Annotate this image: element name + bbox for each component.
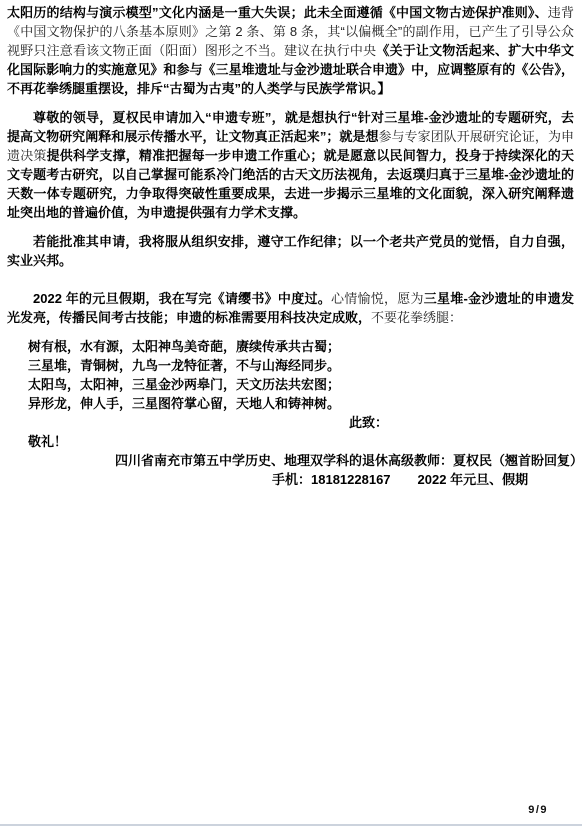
contact-line: 手机：181812281672022 年元旦、假期 <box>7 470 574 489</box>
date-text: 2022 年元旦、假期 <box>418 472 529 487</box>
poem-line: 三星堆，青铜树，九鸟一龙特征著，不与山海经同步。 <box>7 356 574 375</box>
poem-line: 异形龙，伸人手，三星图符掌心留，天地人和铸神树。 <box>7 394 574 413</box>
paragraph: 太阳历的结构与演示模型”文化内涵是一重大失误；此未全面遵循《中国文物古迹保护准则… <box>7 3 574 98</box>
poem-line: 太阳鸟，太阳神，三星金沙两皋门，天文历法共宏图； <box>7 375 574 394</box>
poem-line: 树有根，水有源，太阳神鸟美奇葩，赓续传承共古蜀； <box>7 337 574 356</box>
text-run: 太阳历的结构与演示模型”文化内涵是一重大失误；此未全面遵循《中国文物古迹保护准则… <box>7 5 548 20</box>
closing-phrase: 此致： <box>7 413 574 432</box>
document-page: 太阳历的结构与演示模型”文化内涵是一重大失误；此未全面遵循《中国文物古迹保护准则… <box>0 0 582 826</box>
phone-number: 手机：18181228167 <box>272 472 391 487</box>
paragraph: 若能批准其申请，我将服从组织安排，遵守工作纪律；以一个老共产党员的觉悟，自力自强… <box>7 232 574 270</box>
signature: 四川省南充市第五中学历史、地理双学科的退休高级教师：夏权民（翘首盼回复） <box>7 451 574 470</box>
text-run: 2022 年的元旦假期，我在写完《请缨书》中度过。 <box>33 291 331 306</box>
paragraph: 尊敬的领导，夏权民申请加入“申遗专班”，就是想执行“针对三星堆-金沙遗址的专题研… <box>7 108 574 222</box>
salute: 敬礼！ <box>7 432 574 451</box>
text-run: 若能批准其申请，我将服从组织安排，遵守工作纪律；以一个老共产党员的觉悟，自力自强… <box>7 234 574 268</box>
text-run: 不要花拳绣腿： <box>371 310 462 325</box>
text-run: 心情愉悦，愿为 <box>331 291 424 306</box>
poem: 树有根，水有源，太阳神鸟美奇葩，赓续传承共古蜀； 三星堆，青铜树，九鸟一龙特征著… <box>7 337 574 413</box>
paragraph: 2022 年的元旦假期，我在写完《请缨书》中度过。心情愉悦，愿为三星堆-金沙遗址… <box>7 289 574 327</box>
page-footer: 9/9 <box>528 801 548 820</box>
page-indicator: 9/9 <box>528 804 548 816</box>
text-run: 提供科学支撑，精准把握每一步申遗工作重心；就是愿意以民间智力，投身于持续深化的天… <box>7 148 574 220</box>
